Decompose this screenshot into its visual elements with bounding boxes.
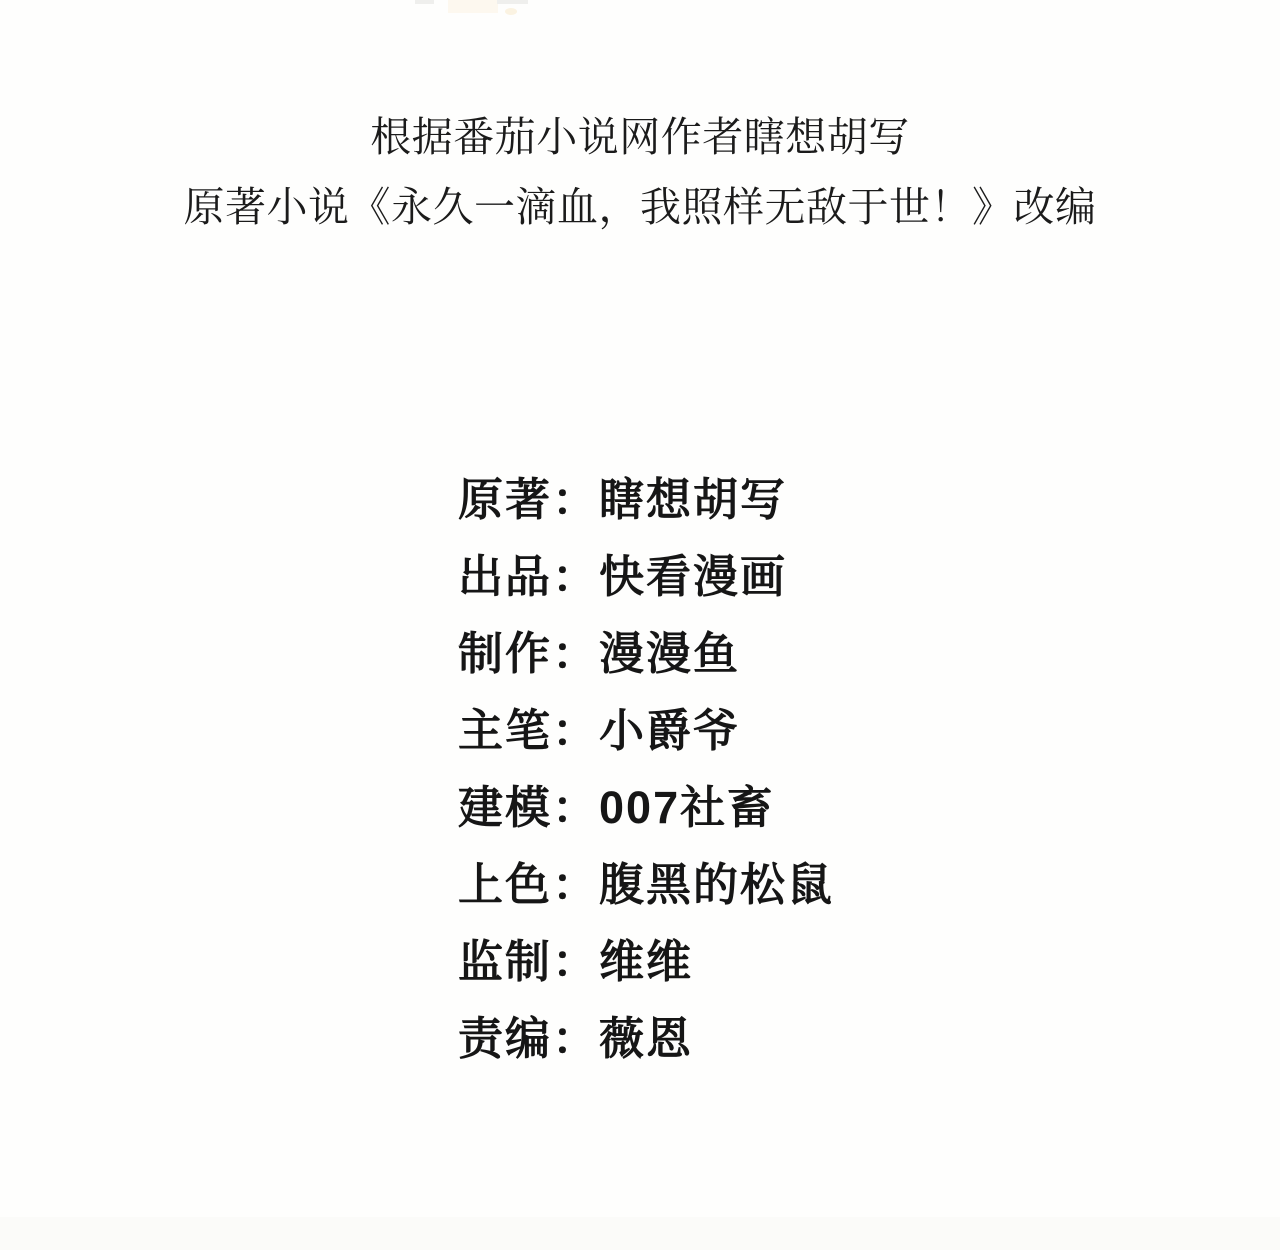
- credit-name: 腹黑的松鼠: [599, 859, 834, 910]
- credit-colon: ：: [552, 859, 599, 910]
- credit-name: 007社畜: [599, 782, 774, 833]
- credit-colon: ：: [552, 936, 599, 987]
- credits-list: 原著：瞎想胡写 出品：快看漫画 制作：漫漫鱼 主笔：小爵爷 建模：007社畜 上…: [458, 461, 834, 1077]
- top-remnant-dot: [505, 8, 517, 15]
- credit-name: 小爵爷: [599, 705, 740, 756]
- attribution-line-source: 根据番茄小说网作者瞎想胡写: [0, 102, 1280, 172]
- credit-row-supervisor: 监制：维维: [458, 923, 834, 1000]
- credit-name: 快看漫画: [599, 551, 787, 602]
- credit-colon: ：: [552, 474, 599, 525]
- credit-row-editor: 责编：薇恩: [458, 1000, 834, 1077]
- credit-role: 上色: [458, 859, 552, 910]
- credit-name: 薇恩: [599, 1013, 693, 1064]
- credit-row-coloring: 上色：腹黑的松鼠: [458, 846, 834, 923]
- attribution-line-novel-title: 原著小说《永久一滴血，我照样无敌于世！》改编: [0, 172, 1280, 242]
- credit-role: 制作: [458, 628, 552, 679]
- credit-role: 主笔: [458, 705, 552, 756]
- credit-role: 建模: [458, 782, 552, 833]
- credit-colon: ：: [552, 705, 599, 756]
- next-panel-edge: [0, 1217, 1280, 1250]
- credit-role: 责编: [458, 1013, 552, 1064]
- credit-row-production: 制作：漫漫鱼: [458, 615, 834, 692]
- credit-colon: ：: [552, 551, 599, 602]
- comic-credits-page: 根据番茄小说网作者瞎想胡写 原著小说《永久一滴血，我照样无敌于世！》改编 原著：…: [0, 0, 1280, 1250]
- top-remnant-bar-left: [415, 0, 434, 4]
- credit-row-lead-artist: 主笔：小爵爷: [458, 692, 834, 769]
- credit-row-modeling: 建模：007社畜: [458, 769, 834, 846]
- credit-row-original-author: 原著：瞎想胡写: [458, 461, 834, 538]
- attribution-header: 根据番茄小说网作者瞎想胡写 原著小说《永久一滴血，我照样无敌于世！》改编: [0, 102, 1280, 242]
- credit-colon: ：: [552, 628, 599, 679]
- credit-role: 出品: [458, 551, 552, 602]
- credit-role: 监制: [458, 936, 552, 987]
- cropped-top-remnant: [0, 0, 1280, 16]
- credit-name: 漫漫鱼: [599, 628, 740, 679]
- credit-colon: ：: [552, 1013, 599, 1064]
- credit-colon: ：: [552, 782, 599, 833]
- credit-row-publisher: 出品：快看漫画: [458, 538, 834, 615]
- top-remnant-cream-block: [448, 0, 498, 13]
- credit-name: 维维: [599, 936, 693, 987]
- top-remnant-bar-right: [497, 0, 528, 4]
- credit-role: 原著: [458, 474, 552, 525]
- credit-name: 瞎想胡写: [599, 474, 787, 525]
